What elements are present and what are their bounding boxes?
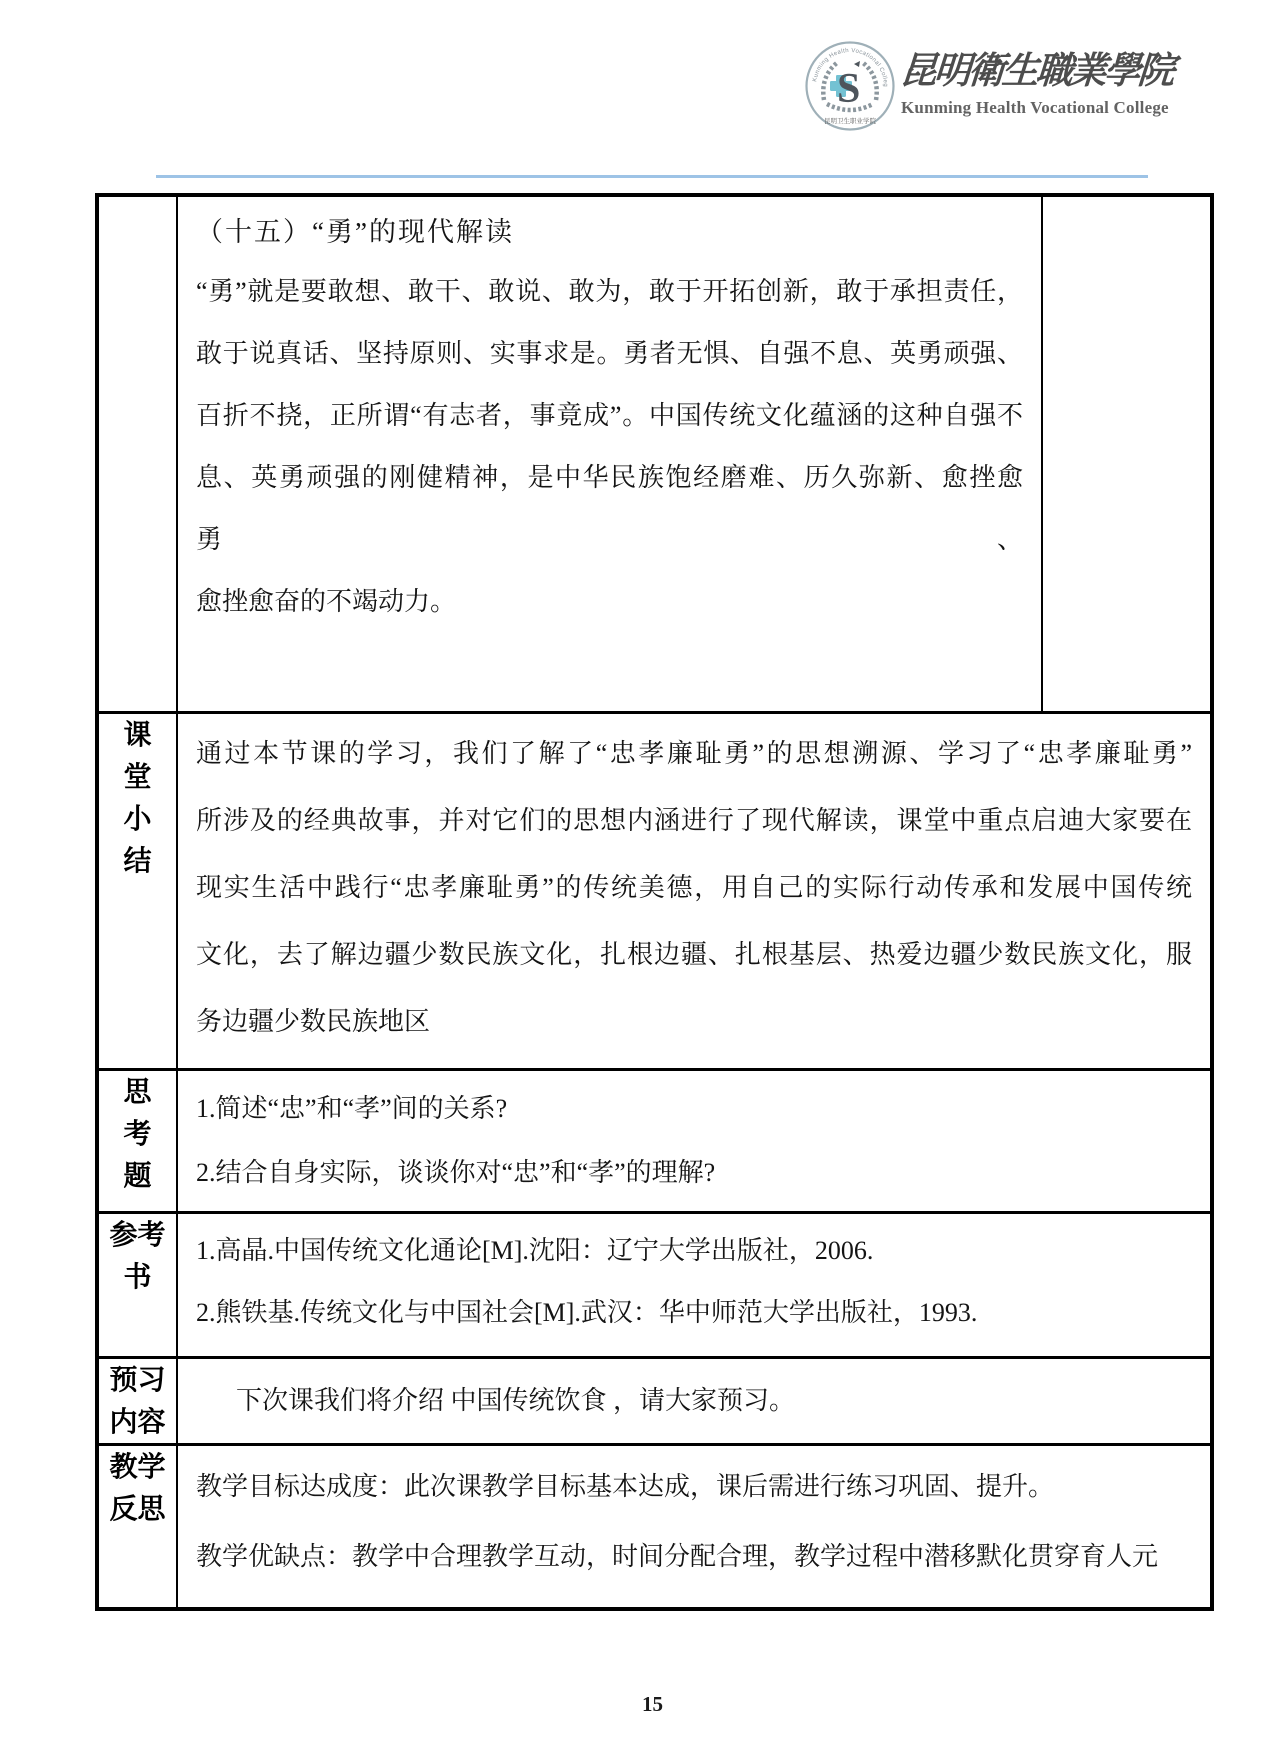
reference-books-cell: 1.高晶.中国传统文化通论[M].沈阳：辽宁大学出版社，2006. 2.熊铁基.…	[177, 1212, 1212, 1357]
label-char: 题	[123, 1155, 151, 1197]
text-line: 1.高晶.中国传统文化通论[M].沈阳：辽宁大学出版社，2006.	[196, 1220, 1192, 1282]
teaching-reflection-cell: 教学目标达成度：此次课教学目标基本达成，课后需进行练习巩固、提升。 教学优缺点：…	[177, 1444, 1212, 1609]
text-line: 教学目标达成度：此次课教学目标基本达成，课后需进行练习巩固、提升。	[196, 1452, 1192, 1522]
text-line: 百折不挠，正所谓“有志者，事竟成”。中国传统文化蕴涵的这种自强不	[196, 385, 1023, 447]
table-row-class-summary: 课 堂 小 结 通过本节课的学习，我们了解了“忠孝廉耻勇”的思想溯源、学习了“忠…	[97, 712, 1212, 1069]
row-label-preview-content: 预习 内容	[97, 1357, 177, 1444]
row-label-teaching-reflection: 教学 反思	[97, 1444, 177, 1609]
text-line: 文化，去了解边疆少数民族文化，扎根边疆、扎根基层、热爱边疆少数民族文化，服	[196, 921, 1192, 988]
text-line: 息、英勇顽强的刚健精神，是中华民族饱经磨难、历久弥新、愈挫愈勇、	[196, 447, 1023, 571]
page-number: 15	[95, 1692, 1210, 1717]
label-char: 思	[123, 1071, 151, 1113]
text-line: 现实生活中践行“忠孝廉耻勇”的传统美德，用自己的实际行动传承和发展中国传统	[196, 854, 1192, 921]
thinking-questions-cell: 1.简述“忠”和“孝”间的关系? 2.结合自身实际，谈谈你对“忠”和“孝”的理解…	[177, 1069, 1212, 1212]
label-char: 堂	[123, 756, 151, 798]
text-line: 务边疆少数民族地区	[196, 988, 1192, 1055]
label-line: 参考	[109, 1214, 165, 1256]
section-title: （十五）“勇”的现代解读	[196, 203, 1023, 261]
label-line: 预习	[109, 1359, 165, 1401]
text-line: 通过本节课的学习，我们了解了“忠孝廉耻勇”的思想溯源、学习了“忠孝廉耻勇”	[196, 720, 1192, 787]
label-line: 教学	[109, 1446, 165, 1488]
label-line: 内容	[109, 1401, 165, 1443]
text-line: 下次课我们将介绍 中国传统饮食 ，请大家预习。	[196, 1365, 1192, 1437]
text-line: 所涉及的经典故事，并对它们的思想内涵进行了现代解读，课堂中重点启迪大家要在	[196, 787, 1192, 854]
text-line: 敢于说真话、坚持原则、实事求是。勇者无惧、自强不息、英勇顽强、	[196, 323, 1023, 385]
svg-text:S: S	[837, 66, 860, 112]
college-name-calligraphy: 昆明衛生職業學院	[898, 40, 1232, 98]
note-column-cell	[1042, 195, 1212, 712]
header-divider-rule	[156, 175, 1148, 178]
table-row-yong-interpretation: （十五）“勇”的现代解读 “勇”就是要敢想、敢干、敢说、敢为，敢于开拓创新，敢于…	[97, 195, 1212, 712]
text-line: 2.结合自身实际，谈谈你对“忠”和“孝”的理解?	[196, 1141, 1192, 1205]
label-char: 课	[123, 714, 151, 756]
row-label-reference-books: 参考 书	[97, 1212, 177, 1357]
table-row-reference-books: 参考 书 1.高晶.中国传统文化通论[M].沈阳：辽宁大学出版社，2006. 2…	[97, 1212, 1212, 1357]
label-char: 结	[123, 840, 151, 882]
college-name-english: Kunming Health Vocational College	[901, 98, 1231, 118]
yong-content-cell: （十五）“勇”的现代解读 “勇”就是要敢想、敢干、敢说、敢为，敢于开拓创新，敢于…	[177, 195, 1042, 712]
table-row-preview-content: 预习 内容 下次课我们将介绍 中国传统饮食 ，请大家预习。	[97, 1357, 1212, 1444]
text-line: 1.简述“忠”和“孝”间的关系?	[196, 1077, 1192, 1141]
row-label-empty	[97, 195, 177, 712]
label-line: 反思	[109, 1488, 165, 1530]
row-label-thinking-questions: 思 考 题	[97, 1069, 177, 1212]
text-line: “勇”就是要敢想、敢干、敢说、敢为，敢于开拓创新，敢于承担责任，	[196, 261, 1023, 323]
emblem-bottom-text: 昆明卫生职业学院	[824, 116, 877, 125]
label-char: 考	[123, 1113, 151, 1155]
text-line: 愈挫愈奋的不竭动力。	[196, 571, 1023, 633]
row-label-class-summary: 课 堂 小 结	[97, 712, 177, 1069]
text-line: 教学优缺点：教学中合理教学互动，时间分配合理，教学过程中潜移默化贯穿育人元	[196, 1522, 1192, 1592]
preview-content-cell: 下次课我们将介绍 中国传统饮食 ，请大家预习。	[177, 1357, 1212, 1444]
label-line: 书	[123, 1256, 151, 1298]
table-row-thinking-questions: 思 考 题 1.简述“忠”和“孝”间的关系? 2.结合自身实际，谈谈你对“忠”和…	[97, 1069, 1212, 1212]
college-emblem-icon: Kunming Health Vocational College S 昆明卫生…	[804, 40, 896, 132]
table-row-teaching-reflection: 教学 反思 教学目标达成度：此次课教学目标基本达成，课后需进行练习巩固、提升。 …	[97, 1444, 1212, 1609]
label-char: 小	[123, 798, 151, 840]
class-summary-cell: 通过本节课的学习，我们了解了“忠孝廉耻勇”的思想溯源、学习了“忠孝廉耻勇” 所涉…	[177, 712, 1212, 1069]
lesson-plan-table: （十五）“勇”的现代解读 “勇”就是要敢想、敢干、敢说、敢为，敢于开拓创新，敢于…	[95, 193, 1214, 1611]
text-line: 2.熊铁基.传统文化与中国社会[M].武汉：华中师范大学出版社，1993.	[196, 1282, 1192, 1344]
document-page: Kunming Health Vocational College S 昆明卫生…	[0, 0, 1271, 1763]
